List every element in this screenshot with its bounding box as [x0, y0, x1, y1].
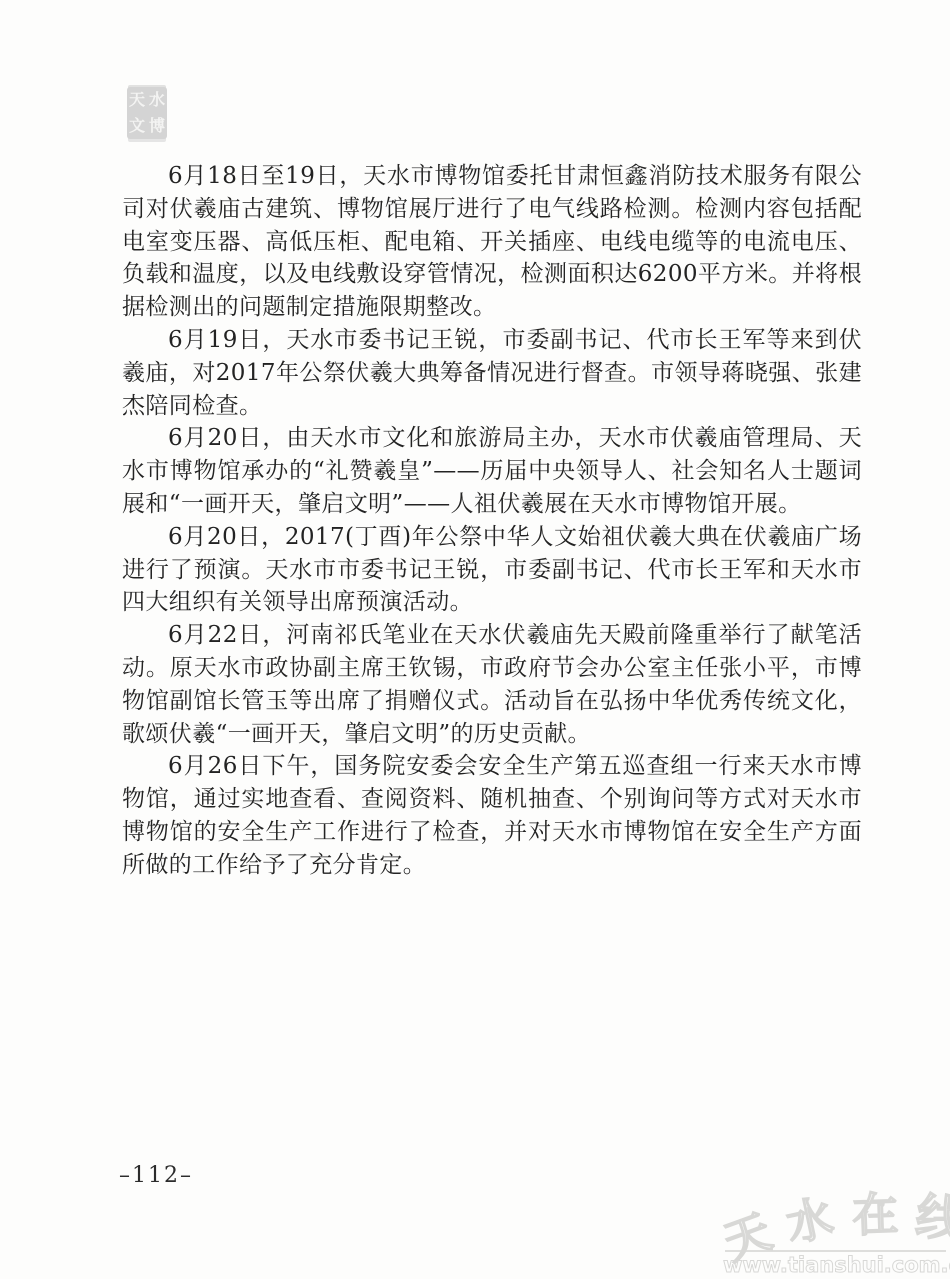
- document-body: 6月18日至19日，天水市博物馆委托甘肃恒鑫消防技术服务有限公司对伏羲庙古建筑、…: [122, 160, 862, 882]
- paragraph: 6月18日至19日，天水市博物馆委托甘肃恒鑫消防技术服务有限公司对伏羲庙古建筑、…: [122, 160, 862, 324]
- watermark-char: 在: [852, 1191, 902, 1239]
- watermark-title: 天 水 在 线: [718, 1181, 947, 1254]
- paragraph: 6月22日，河南祁氏笔业在天水伏羲庙先天殿前隆重举行了献笔活动。原天水市政协副主…: [122, 619, 862, 750]
- seal-char: 文: [127, 113, 147, 139]
- paragraph: 6月19日，天水市委书记王锐，市委副书记、代市长王军等来到伏羲庙，对2017年公…: [122, 324, 862, 422]
- watermark-url: www.tianshui.com.cn: [723, 1253, 948, 1277]
- site-watermark: 天 水 在 线 www.tianshui.com.cn: [723, 1192, 948, 1277]
- watermark-char: 天: [718, 1207, 779, 1267]
- paragraph: 6月20日，2017(丁酉)年公祭中华人文始祖伏羲大典在伏羲庙广场进行了预演。天…: [122, 521, 862, 619]
- page-number: –112–: [119, 1163, 193, 1188]
- seal-char: 博: [147, 113, 167, 139]
- publisher-seal: 天 水 文 博: [127, 87, 167, 139]
- paragraph: 6月26日下午，国务院安委会安全生产第五巡查组一行来天水市博物馆，通过实地查看、…: [122, 750, 862, 881]
- seal-char: 天: [127, 87, 147, 113]
- watermark-char: 线: [913, 1191, 950, 1248]
- paragraph: 6月20日，由天水市文化和旅游局主办，天水市伏羲庙管理局、天水市博物馆承办的“礼…: [122, 422, 862, 520]
- scanned-book-page: 天 水 文 博 6月18日至19日，天水市博物馆委托甘肃恒鑫消防技术服务有限公司…: [0, 0, 950, 1279]
- seal-char: 水: [147, 87, 167, 113]
- watermark-divider: [725, 1250, 946, 1252]
- watermark-char: 水: [782, 1193, 839, 1248]
